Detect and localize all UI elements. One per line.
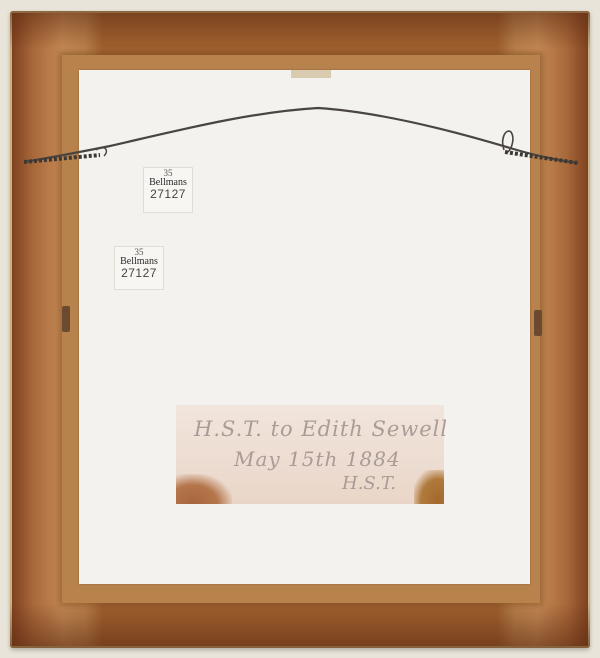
backing-board <box>79 70 530 584</box>
handwritten-inscription-slip: H.S.T. to Edith Sewell May 15th 1884 H.S… <box>176 405 444 504</box>
inscription-line-1: H.S.T. to Edith Sewell <box>194 417 448 441</box>
left-turn-button-hardware <box>62 306 70 332</box>
foxing-stain-right <box>414 470 444 504</box>
inscription-line-2: May 15th 1884 <box>234 447 401 471</box>
foxing-stain-left <box>176 474 232 504</box>
auction-label-2: 35 Bellmans 27127 <box>114 246 164 290</box>
inscription-line-3: H.S.T. <box>342 473 396 494</box>
stock-number: 27127 <box>115 267 163 279</box>
backing-notch <box>291 70 331 78</box>
auction-label-1: 35 Bellmans 27127 <box>143 167 193 213</box>
right-turn-button-hardware <box>534 310 542 336</box>
stock-number: 27127 <box>144 188 192 200</box>
